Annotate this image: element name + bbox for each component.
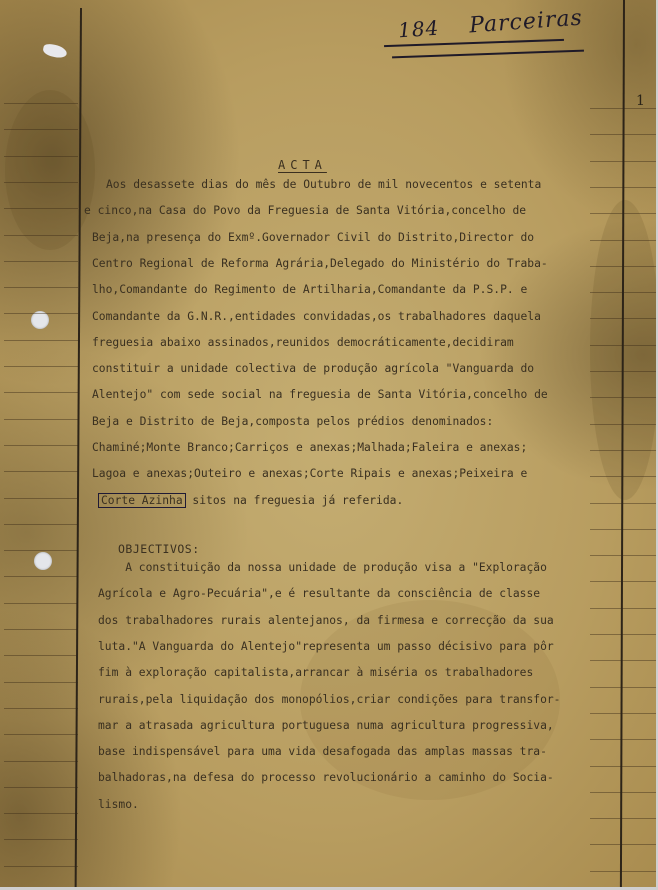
page-number: 1 [636,93,645,109]
objectives-line: Agrícola e Agro-Pecuária",e é resultante… [98,587,540,601]
ruled-line [4,813,78,814]
handwritten-number: 184 [397,16,440,43]
ruled-line [590,871,656,872]
ruled-line [4,787,78,788]
document-line: Aos desassete dias do mês de Outubro de … [106,178,541,192]
objectives-line: A constituição da nossa unidade de produ… [98,561,547,575]
ruled-line [590,555,656,556]
document-line: freguesia abaixo assinados,reunidos demo… [92,336,514,350]
handwritten-annotation: 184 Parceiras [397,6,583,44]
ruled-line [4,839,78,840]
ruled-line [4,419,78,420]
document-title: ACTA [278,158,327,172]
document-line: Corte Azinha sitos na freguesia já refer… [98,494,403,508]
document-line: Chaminé;Monte Branco;Carriços e anexas;M… [92,441,527,455]
document-line: Beja e Distrito de Beja,composta pelos p… [92,415,493,429]
ruled-line [4,761,78,762]
ruled-line [590,450,656,451]
objectives-line: fim à exploração capitalista,arrancar à … [98,666,533,680]
ruled-line [590,766,656,767]
ruled-line [590,818,656,819]
section-heading-objectives: OBJECTIVOS: [118,542,200,556]
ruled-line [4,103,78,104]
ruled-line [590,844,656,845]
ruled-line [590,792,656,793]
document-page: 184 Parceiras 1 ACTA Aos desassete dias … [0,0,656,887]
ruled-line [4,366,78,367]
ruled-line [590,739,656,740]
ruled-line [4,445,78,446]
ruled-line [4,708,78,709]
objectives-line: lismo. [98,798,139,812]
handwritten-word: Parceiras [468,6,583,39]
boxed-property-name: Corte Azinha [98,493,186,508]
torn-corner [42,43,68,60]
objectives-line: luta."A Vanguarda do Alentejo"representa… [98,640,554,654]
punch-hole-bottom [34,552,52,570]
ruled-line [4,498,78,499]
ruled-line [590,687,656,688]
line-continuation: sitos na freguesia já referida. [186,494,404,507]
ruled-line [4,682,78,683]
objectives-line: mar a atrasada agricultura portuguesa nu… [98,719,554,733]
document-line: constituir a unidade colectiva de produç… [92,362,534,376]
ruled-line [590,503,656,504]
ruled-line [4,734,78,735]
document-line: Alentejo" com sede social na freguesia d… [92,388,548,402]
ruled-line [590,529,656,530]
ruled-line [4,524,78,525]
ruled-line [590,581,656,582]
ruled-line [590,713,656,714]
ruled-line [4,629,78,630]
ruled-line [4,340,78,341]
ruled-line [4,208,78,209]
ruled-line [4,603,78,604]
ruled-line [4,287,78,288]
ruled-line [4,471,78,472]
document-line: Comandante da G.N.R.,entidades convidada… [92,310,541,324]
ruled-line [4,235,78,236]
ruled-line [4,550,78,551]
objectives-line: dos trabalhadores rurais alentejanos, da… [98,614,554,628]
ruled-line [4,129,78,130]
document-line: Centro Regional de Reforma Agrária,Deleg… [92,257,548,271]
ruled-line [590,634,656,635]
ruled-line [4,261,78,262]
handwritten-underline [392,50,584,58]
ruled-line [590,608,656,609]
document-line: e cinco,na Casa do Povo da Freguesia de … [84,204,526,218]
ruled-line [4,182,78,183]
objectives-line: rurais,pela liquidação dos monopólios,cr… [98,693,561,707]
ruled-line [590,476,656,477]
ruled-line [4,156,78,157]
document-line: lho,Comandante do Regimento de Artilhari… [92,283,527,297]
objectives-line: base indispensável para uma vida desafog… [98,745,547,759]
document-line: Beja,na presença do Exmº.Governador Civi… [92,231,534,245]
document-line: Lagoa e anexas;Outeiro e anexas;Corte Ri… [92,467,527,481]
ruled-line [590,660,656,661]
ruled-line [4,313,78,314]
stain [5,90,95,250]
ruled-line [4,866,78,867]
objectives-line: balhadoras,na defesa do processo revoluc… [98,771,554,785]
ruled-line [4,392,78,393]
ruled-line [4,655,78,656]
ruled-line [4,576,78,577]
